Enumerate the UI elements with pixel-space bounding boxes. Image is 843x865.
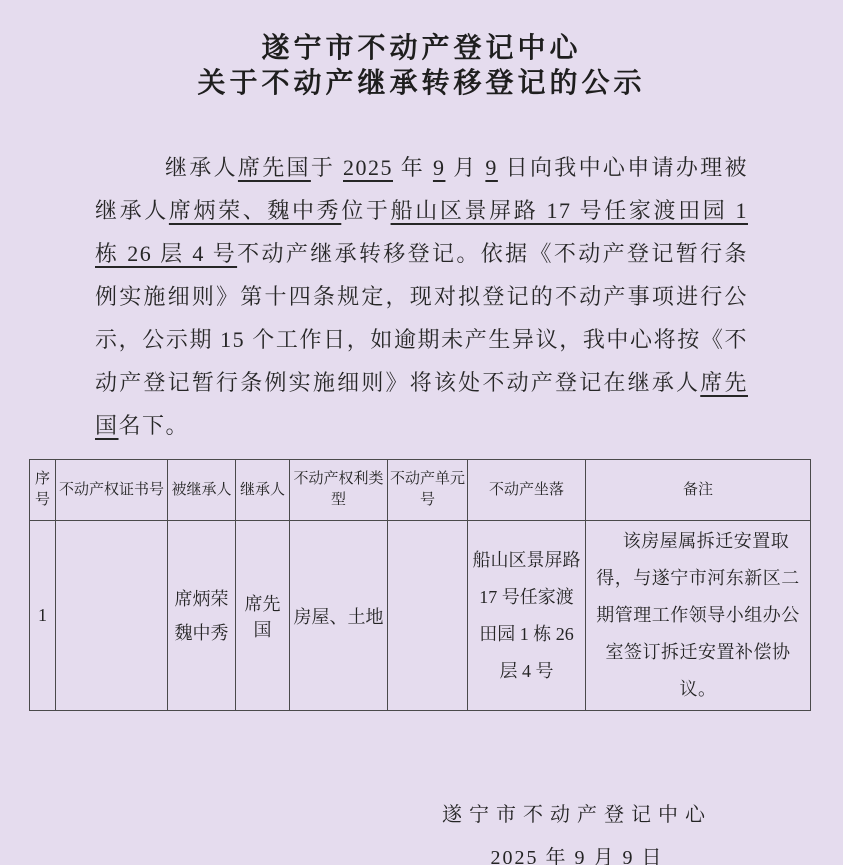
cell-remark: 该房屋属拆迁安置取得，与遂宁市河东新区二期管理工作领导小组办公室签订拆迁安置补偿… — [586, 521, 811, 711]
underlined-text: 2025 — [343, 155, 393, 180]
signature-block: 遂宁市不动产登记中心 2025 年 9 月 9 日 — [427, 801, 727, 865]
col-header-unit-no: 不动产单元号 — [388, 460, 468, 521]
underlined-text: 席先国 — [238, 155, 311, 180]
cell-decedent: 席炳荣 魏中秀 — [168, 521, 236, 711]
title-line-1: 遂宁市不动产登记中心 — [0, 30, 843, 65]
cell-location: 船山区景屏路 17 号任家渡田园 1 栋 26 层 4 号 — [468, 521, 586, 711]
col-header-heir: 继承人 — [236, 460, 290, 521]
document-title: 遂宁市不动产登记中心 关于不动产继承转移登记的公示 — [0, 30, 843, 100]
cell-right-type: 房屋、土地 — [290, 521, 388, 711]
col-header-location: 不动产坐落 — [468, 460, 586, 521]
issue-date: 2025 年 9 月 9 日 — [427, 844, 727, 865]
cell-unit-no — [388, 521, 468, 711]
col-header-seq: 序号 — [30, 460, 56, 521]
cell-heir: 席先国 — [236, 521, 290, 711]
body-text-run: 于 — [311, 155, 343, 180]
body-text-run: 继承人 — [165, 155, 238, 180]
table-row: 1 席炳荣 魏中秀 席先国 房屋、土地 船山区景屏路 17 号任家渡田园 1 栋… — [30, 521, 811, 711]
body-text-run: 名下。 — [119, 413, 190, 438]
property-registration-table: 序号 不动产权证书号 被继承人 继承人 不动产权利类型 不动产单元号 不动产坐落… — [29, 459, 811, 711]
notice-document: 遂宁市不动产登记中心 关于不动产继承转移登记的公示 继承人席先国于 2025 年… — [0, 0, 843, 865]
col-header-cert-no: 不动产权证书号 — [56, 460, 168, 521]
cell-seq: 1 — [30, 521, 56, 711]
cell-cert-no — [56, 521, 168, 711]
underlined-text: 9 — [485, 155, 498, 180]
col-header-right-type: 不动产权利类型 — [290, 460, 388, 521]
table-header-row: 序号 不动产权证书号 被继承人 继承人 不动产权利类型 不动产单元号 不动产坐落… — [30, 460, 811, 521]
title-line-2: 关于不动产继承转移登记的公示 — [0, 65, 843, 100]
underlined-text: 9 — [433, 155, 446, 180]
col-header-decedent: 被继承人 — [168, 460, 236, 521]
issuer-name: 遂宁市不动产登记中心 — [427, 801, 727, 829]
col-header-remark: 备注 — [586, 460, 811, 521]
notice-body-paragraph: 继承人席先国于 2025 年 9 月 9 日向我中心申请办理被继承人席炳荣、魏中… — [95, 146, 748, 447]
body-text-run: 位于 — [341, 198, 390, 223]
body-text-run: 月 — [445, 155, 485, 180]
underlined-text: 席炳荣、魏中秀 — [169, 198, 341, 223]
body-text-run: 年 — [393, 155, 433, 180]
